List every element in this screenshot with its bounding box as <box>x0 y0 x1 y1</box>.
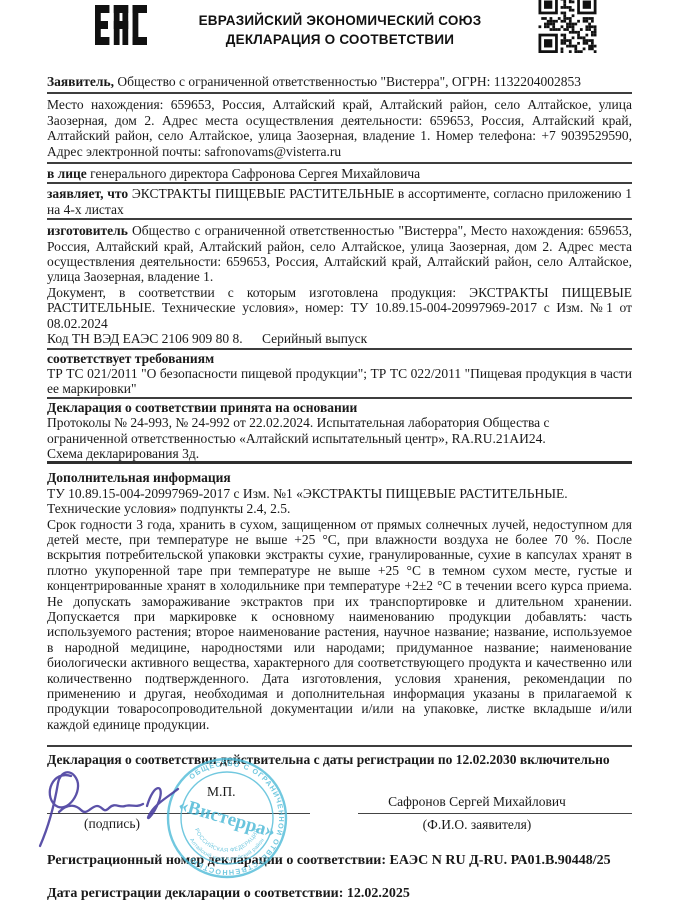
storage-conditions-text: Срок годности 3 года, хранить в сухом, з… <box>47 517 632 746</box>
complies-row: соответствует требованиям ТР ТС 021/2011… <box>47 350 632 399</box>
fio-caption: (Ф.И.О. заявителя) <box>337 817 617 833</box>
complies-label: соответствует требованиям <box>47 350 632 366</box>
additional-info-row: Дополнительная информация ТУ 10.89.15-00… <box>47 464 632 747</box>
eac-mark-icon <box>95 5 147 45</box>
registration-date-label: Дата регистрации декларации о соответств… <box>47 886 343 900</box>
document-type-title: ДЕКЛАРАЦИЯ О СООТВЕТСТВИИ <box>170 30 510 49</box>
stamp-center-text: «Вистерра» <box>176 794 277 842</box>
page-title: ЕВРАЗИЙСКИЙ ЭКОНОМИЧЕСКИЙ СОЮЗ ДЕКЛАРАЦИ… <box>170 11 510 49</box>
serial-release: Серийный выпуск <box>262 331 367 346</box>
product-document-text: Документ, в соответствии с которым изгот… <box>47 285 632 331</box>
declares-label: заявляет, что <box>47 186 128 201</box>
union-title: ЕВРАЗИЙСКИЙ ЭКОНОМИЧЕСКИЙ СОЮЗ <box>170 11 510 30</box>
additional-info-label: Дополнительная информация <box>47 464 632 485</box>
header: ЕВРАЗИЙСКИЙ ЭКОНОМИЧЕСКИЙ СОЮЗ ДЕКЛАРАЦИ… <box>0 0 675 68</box>
basis-label: Декларация о соответствии принята на осн… <box>47 399 632 415</box>
registration-number-value: ЕАЭС N RU Д-RU. РА01.В.90448/25 <box>390 853 611 868</box>
signature-block: (подпись) М.П. Сафронов Сергей Михайлови… <box>47 770 632 842</box>
in-person-label: в лице <box>47 166 87 181</box>
tu-reference-line1: ТУ 10.89.15-004-20997969-2017 с Изм. №1 … <box>47 486 632 501</box>
declaration-page: ЕВРАЗИЙСКИЙ ЭКОНОМИЧЕСКИЙ СОЮЗ ДЕКЛАРАЦИ… <box>0 0 675 900</box>
in-person-text: генерального директора Сафронова Сергея … <box>90 166 420 181</box>
address-text: Место нахождения: 659653, Россия, Алтайс… <box>47 94 632 162</box>
complies-text: ТР ТС 021/2011 "О безопасности пищевой п… <box>47 366 632 397</box>
registration-date-value: 12.02.2025 <box>347 886 410 900</box>
manufacturer-label: изготовитель <box>47 223 128 238</box>
in-person-row: в лице генерального директора Сафронова … <box>47 164 632 184</box>
registration-number-row: Регистрационный номер декларации о соотв… <box>47 853 632 869</box>
applicant-label: Заявитель, <box>47 74 114 89</box>
manufacturer-text: Общество с ограниченной ответственностью… <box>47 223 632 284</box>
tu-reference-line2: Технические условия» подпункты 2.4, 2.5. <box>47 501 632 516</box>
applicant-row: Заявитель, Общество с ограниченной ответ… <box>47 68 632 94</box>
applicant-text: Общество с ограниченной ответственностью… <box>117 74 581 89</box>
qr-code-icon <box>537 0 598 53</box>
address-row: Место нахождения: 659653, Россия, Алтайс… <box>47 94 632 164</box>
manufacturer-row: изготовитель Общество с ограниченной отв… <box>47 220 632 349</box>
declares-text: ЭКСТРАКТЫ ПИЩЕВЫЕ РАСТИТЕЛЬНЫЕ в ассорти… <box>47 186 632 216</box>
basis-row: Декларация о соответствии принята на осн… <box>47 399 632 465</box>
mp-seal-mark: М.П. <box>207 784 236 800</box>
document-body: Заявитель, Общество с ограниченной ответ… <box>47 68 632 900</box>
basis-text: Протоколы № 24-993, № 24-992 от 22.02.20… <box>47 415 632 446</box>
signature-scribble-icon <box>35 760 187 852</box>
declaration-scheme: Схема декларирования 3д. <box>47 446 632 461</box>
registration-date-row: Дата регистрации декларации о соответств… <box>47 886 632 900</box>
applicant-fio: Сафронов Сергей Михайлович <box>337 794 617 810</box>
declares-row: заявляет, что ЭКСТРАКТЫ ПИЩЕВЫЕ РАСТИТЕЛ… <box>47 184 632 220</box>
tn-ved-code: Код ТН ВЭД ЕАЭС 2106 909 80 8. <box>47 331 243 346</box>
fio-line <box>358 813 632 814</box>
